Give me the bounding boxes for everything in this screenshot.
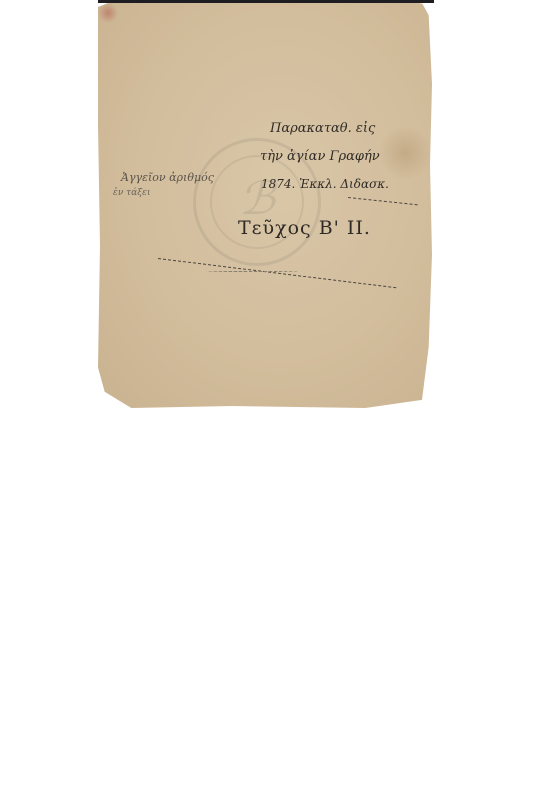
- volume-label: Τεῦχος Β' II.: [238, 217, 371, 239]
- handwriting-line-1: Παρακαταθ. εἰς: [270, 121, 375, 136]
- side-note-1: Ἀγγεῖον ἀριθμός: [121, 171, 214, 184]
- scan-top-border: [98, 0, 434, 3]
- handwriting-line-2: τὴν ἁγίαν Γραφήν: [260, 149, 380, 164]
- underline-stroke: [348, 197, 418, 205]
- paper-stain: [380, 123, 430, 183]
- pen-stroke-loop: [208, 271, 298, 272]
- handwriting-line-3: 1874. Ἐκκλ. Διδασκ.: [261, 177, 389, 191]
- side-note-2: ἐν τάξει: [113, 188, 151, 198]
- paper-stain: [98, 3, 118, 23]
- manuscript-page: ℬ Παρακαταθ. εἰς τὴν ἁγίαν Γραφήν 1874. …: [98, 3, 432, 408]
